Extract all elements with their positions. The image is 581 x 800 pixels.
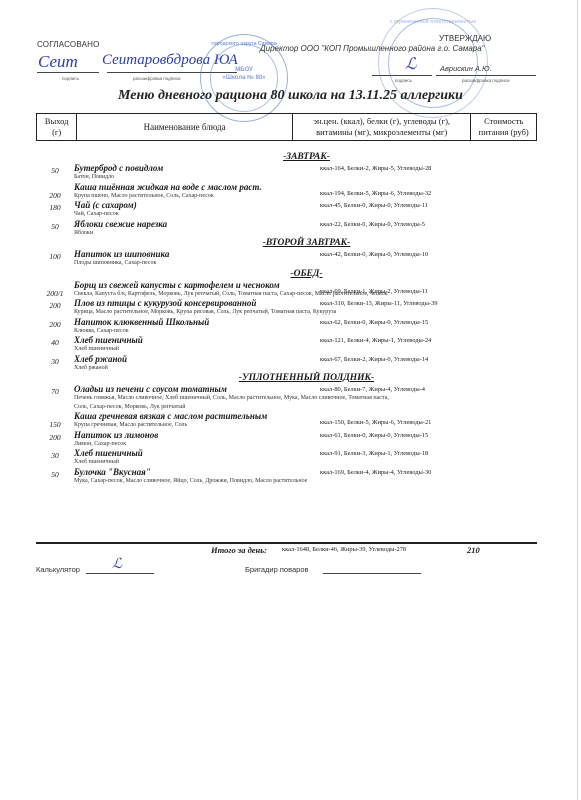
- menu-table-header: Выход (г) Наименование блюда эн.цен. (кк…: [36, 113, 537, 141]
- dish-ingredients: Лимон, Сахар-песок: [74, 440, 336, 449]
- calculator-signature-line: [86, 573, 154, 574]
- dish-name: Напиток из лимонов: [74, 430, 336, 440]
- dish-nutrition: ккал-121, Белки-4, Жиры-1, Углеводы-24: [320, 337, 431, 344]
- dish-name: Каша гречневая вязкая с маслом раститель…: [74, 411, 284, 421]
- section-title-second-breakfast: -ВТОРОЙ ЗАВТРАК-: [36, 238, 537, 248]
- dish-nutrition: ккал-164, Белки-2, Жиры-5, Углеводы-28: [320, 165, 431, 172]
- page-edge: [577, 0, 578, 800]
- dish-nutrition: ккал-62, Белки-0, Жиры-0, Углеводы-15: [320, 319, 428, 326]
- dish-name: Булочка "Вкусная": [74, 467, 336, 477]
- dish-nutrition: ккал-61, Белки-0, Жиры-0, Углеводы-15: [320, 432, 428, 439]
- dish-name: Напиток из шиповника: [74, 249, 336, 259]
- dish-nutrition: ккал-91, Белки-3, Жиры-1, Углеводы-18: [320, 450, 428, 457]
- header-nutrition: эн.цен. (ккал), белки (г), углеводы (г),…: [292, 114, 471, 141]
- menu-item: 30 Хлеб пшеничныйХлеб пшеничный ккал-91,…: [36, 448, 537, 467]
- signature-mark-left: Сеит: [38, 52, 78, 72]
- dish-nutrition: ккал-169, Белки-4, Жиры-4, Углеводы-30: [320, 469, 431, 476]
- menu-item: 200 Каша пшённая жидкая на воде с маслом…: [36, 182, 537, 201]
- menu-content: -ЗАВТРАК- 50 Бутерброд с повидломБатон, …: [36, 151, 537, 485]
- dish-name: Хлеб пшеничный: [74, 448, 336, 458]
- total-cost: 210: [467, 545, 480, 555]
- dish-name: Чай (с сахаром): [74, 200, 336, 210]
- dish-ingredients: Хлеб пшеничный: [74, 458, 336, 467]
- menu-item: 50 Булочка "Вкусная"Мука, Сахар-песок, М…: [36, 467, 537, 486]
- menu-item: 100 Напиток из шиповникаПлоды шиповника,…: [36, 249, 537, 268]
- dish-nutrition: ккал-22, Белки-0, Жиры-0, Углеводы-5: [320, 221, 425, 228]
- dish-ingredients-continued: Соль, Сахар-песок, Морковь, Лук репчатый: [74, 403, 336, 412]
- dish-name: Борщ из свежей капусты с картофелем и че…: [74, 280, 309, 290]
- header-output: Выход (г): [37, 114, 77, 141]
- dish-ingredients: Чай, Сахар-песок: [74, 210, 336, 219]
- calculator-label: Калькулятор: [36, 565, 80, 574]
- chief-cook-label: Бригадир поваров: [245, 565, 308, 574]
- menu-item: 50 Яблоки свежие нарезкаЯблоки ккал-22, …: [36, 219, 537, 238]
- dish-nutrition: ккал-310, Белки-13, Жиры-11, Углеводы-39: [320, 300, 437, 307]
- menu-item: 200 Напиток клюквенный ШкольныйКлюква, С…: [36, 317, 537, 336]
- dish-ingredients: Свекла, Капуста б/к, Картофель, Морковь,…: [74, 290, 336, 299]
- dish-name: Оладьи из печени с соусом томатным: [74, 384, 336, 394]
- dish-nutrition: ккал-80, Белки-7, Жиры-4, Углеводы-4: [320, 386, 425, 393]
- menu-item: 180 Чай (с сахаром)Чай, Сахар-песок ккал…: [36, 200, 537, 219]
- dish-nutrition: ккал-45, Белки-0, Жиры-0, Углеводы-11: [320, 202, 428, 209]
- dish-name: Хлеб ржаной: [74, 354, 336, 364]
- dish-name: Напиток клюквенный Школьный: [74, 317, 336, 327]
- dish-ingredients: Крупа гречневая, Масло растительное, Сол…: [74, 421, 336, 430]
- dish-ingredients: Крупа пшено, Масло растительное, Соль, С…: [74, 192, 336, 201]
- dish-ingredients: Мука, Сахар-песок, Масло сливочное, Яйцо…: [74, 477, 336, 486]
- dish-nutrition: ккал-69, Белки-1, Жиры-2, Углеводы-11: [320, 288, 428, 295]
- dish-ingredients: Батон, Повидло: [74, 173, 336, 182]
- dish-nutrition: ккал-67, Белки-2, Жиры-0, Углеводы-14: [320, 356, 428, 363]
- menu-item: 70 Оладьи из печени с соусом томатнымПеч…: [36, 384, 537, 411]
- total-divider: [36, 542, 537, 544]
- document-title: Меню дневного рациона 80 школа на 13.11.…: [0, 88, 581, 104]
- total-nutrition: ккал-1648, Белки-46, Жиры-39, Углеводы-2…: [282, 546, 406, 553]
- menu-item: 150 Каша гречневая вязкая с маслом расти…: [36, 411, 537, 430]
- dish-name: Плов из птицы с кукурузой консервированн…: [74, 298, 336, 308]
- signature-line-left: [37, 72, 99, 73]
- name-caption-left: расшифровка подписи: [133, 76, 180, 81]
- menu-item: 40 Хлеб пшеничныйХлеб пшеничный ккал-121…: [36, 335, 537, 354]
- dish-name: Каша пшённая жидкая на воде с маслом рас…: [74, 182, 309, 192]
- dish-ingredients: Клюква, Сахар-песок: [74, 327, 336, 336]
- dish-ingredients: Курица, Масло растительное, Морковь, Кру…: [74, 308, 336, 317]
- dish-ingredients: Хлеб ржаной: [74, 364, 336, 373]
- menu-item: 200 Напиток из лимоновЛимон, Сахар-песок…: [36, 430, 537, 449]
- section-title-afternoon-snack: -УПЛОТНЕННЫЙ ПОЛДНИК-: [36, 373, 537, 383]
- header-dish-name: Наименование блюда: [77, 114, 293, 141]
- dish-name: Бутерброд с повидлом: [74, 163, 336, 173]
- dish-ingredients: Хлеб пшеничный: [74, 345, 336, 354]
- dish-ingredients: Печень говяжья, Масло сливочное, Хлеб пш…: [74, 394, 336, 403]
- section-title-breakfast: -ЗАВТРАК-: [36, 152, 537, 162]
- dish-name: Хлеб пшеничный: [74, 335, 336, 345]
- dish-ingredients: Плоды шиповника, Сахар-песок: [74, 259, 336, 268]
- header-cost: Стоимость питания (руб): [471, 114, 537, 141]
- calculator-signature: ℒ: [112, 556, 122, 573]
- dish-nutrition: ккал-42, Белки-0, Жиры-0, Углеводы-10: [320, 251, 428, 258]
- dish-nutrition: ккал-194, Белки-5, Жиры-6, Углеводы-32: [320, 190, 431, 197]
- menu-item: 50 Бутерброд с повидломБатон, Повидло кк…: [36, 163, 537, 182]
- dish-ingredients: Яблоки: [74, 229, 336, 238]
- menu-item: 200 Плов из птицы с кукурузой консервиро…: [36, 298, 537, 317]
- menu-item: 30 Хлеб ржанойХлеб ржаной ккал-67, Белки…: [36, 354, 537, 373]
- total-label: Итого за день:: [211, 545, 267, 555]
- dish-nutrition: ккал-150, Белки-5, Жиры-6, Углеводы-21: [320, 419, 431, 426]
- dish-name: Яблоки свежие нарезка: [74, 219, 336, 229]
- section-title-lunch: -ОБЕД-: [36, 269, 537, 279]
- signature-caption-left: подпись: [62, 76, 79, 81]
- menu-item: 200/1 Борщ из свежей капусты с картофеле…: [36, 280, 537, 299]
- chief-cook-signature-line: [323, 573, 421, 574]
